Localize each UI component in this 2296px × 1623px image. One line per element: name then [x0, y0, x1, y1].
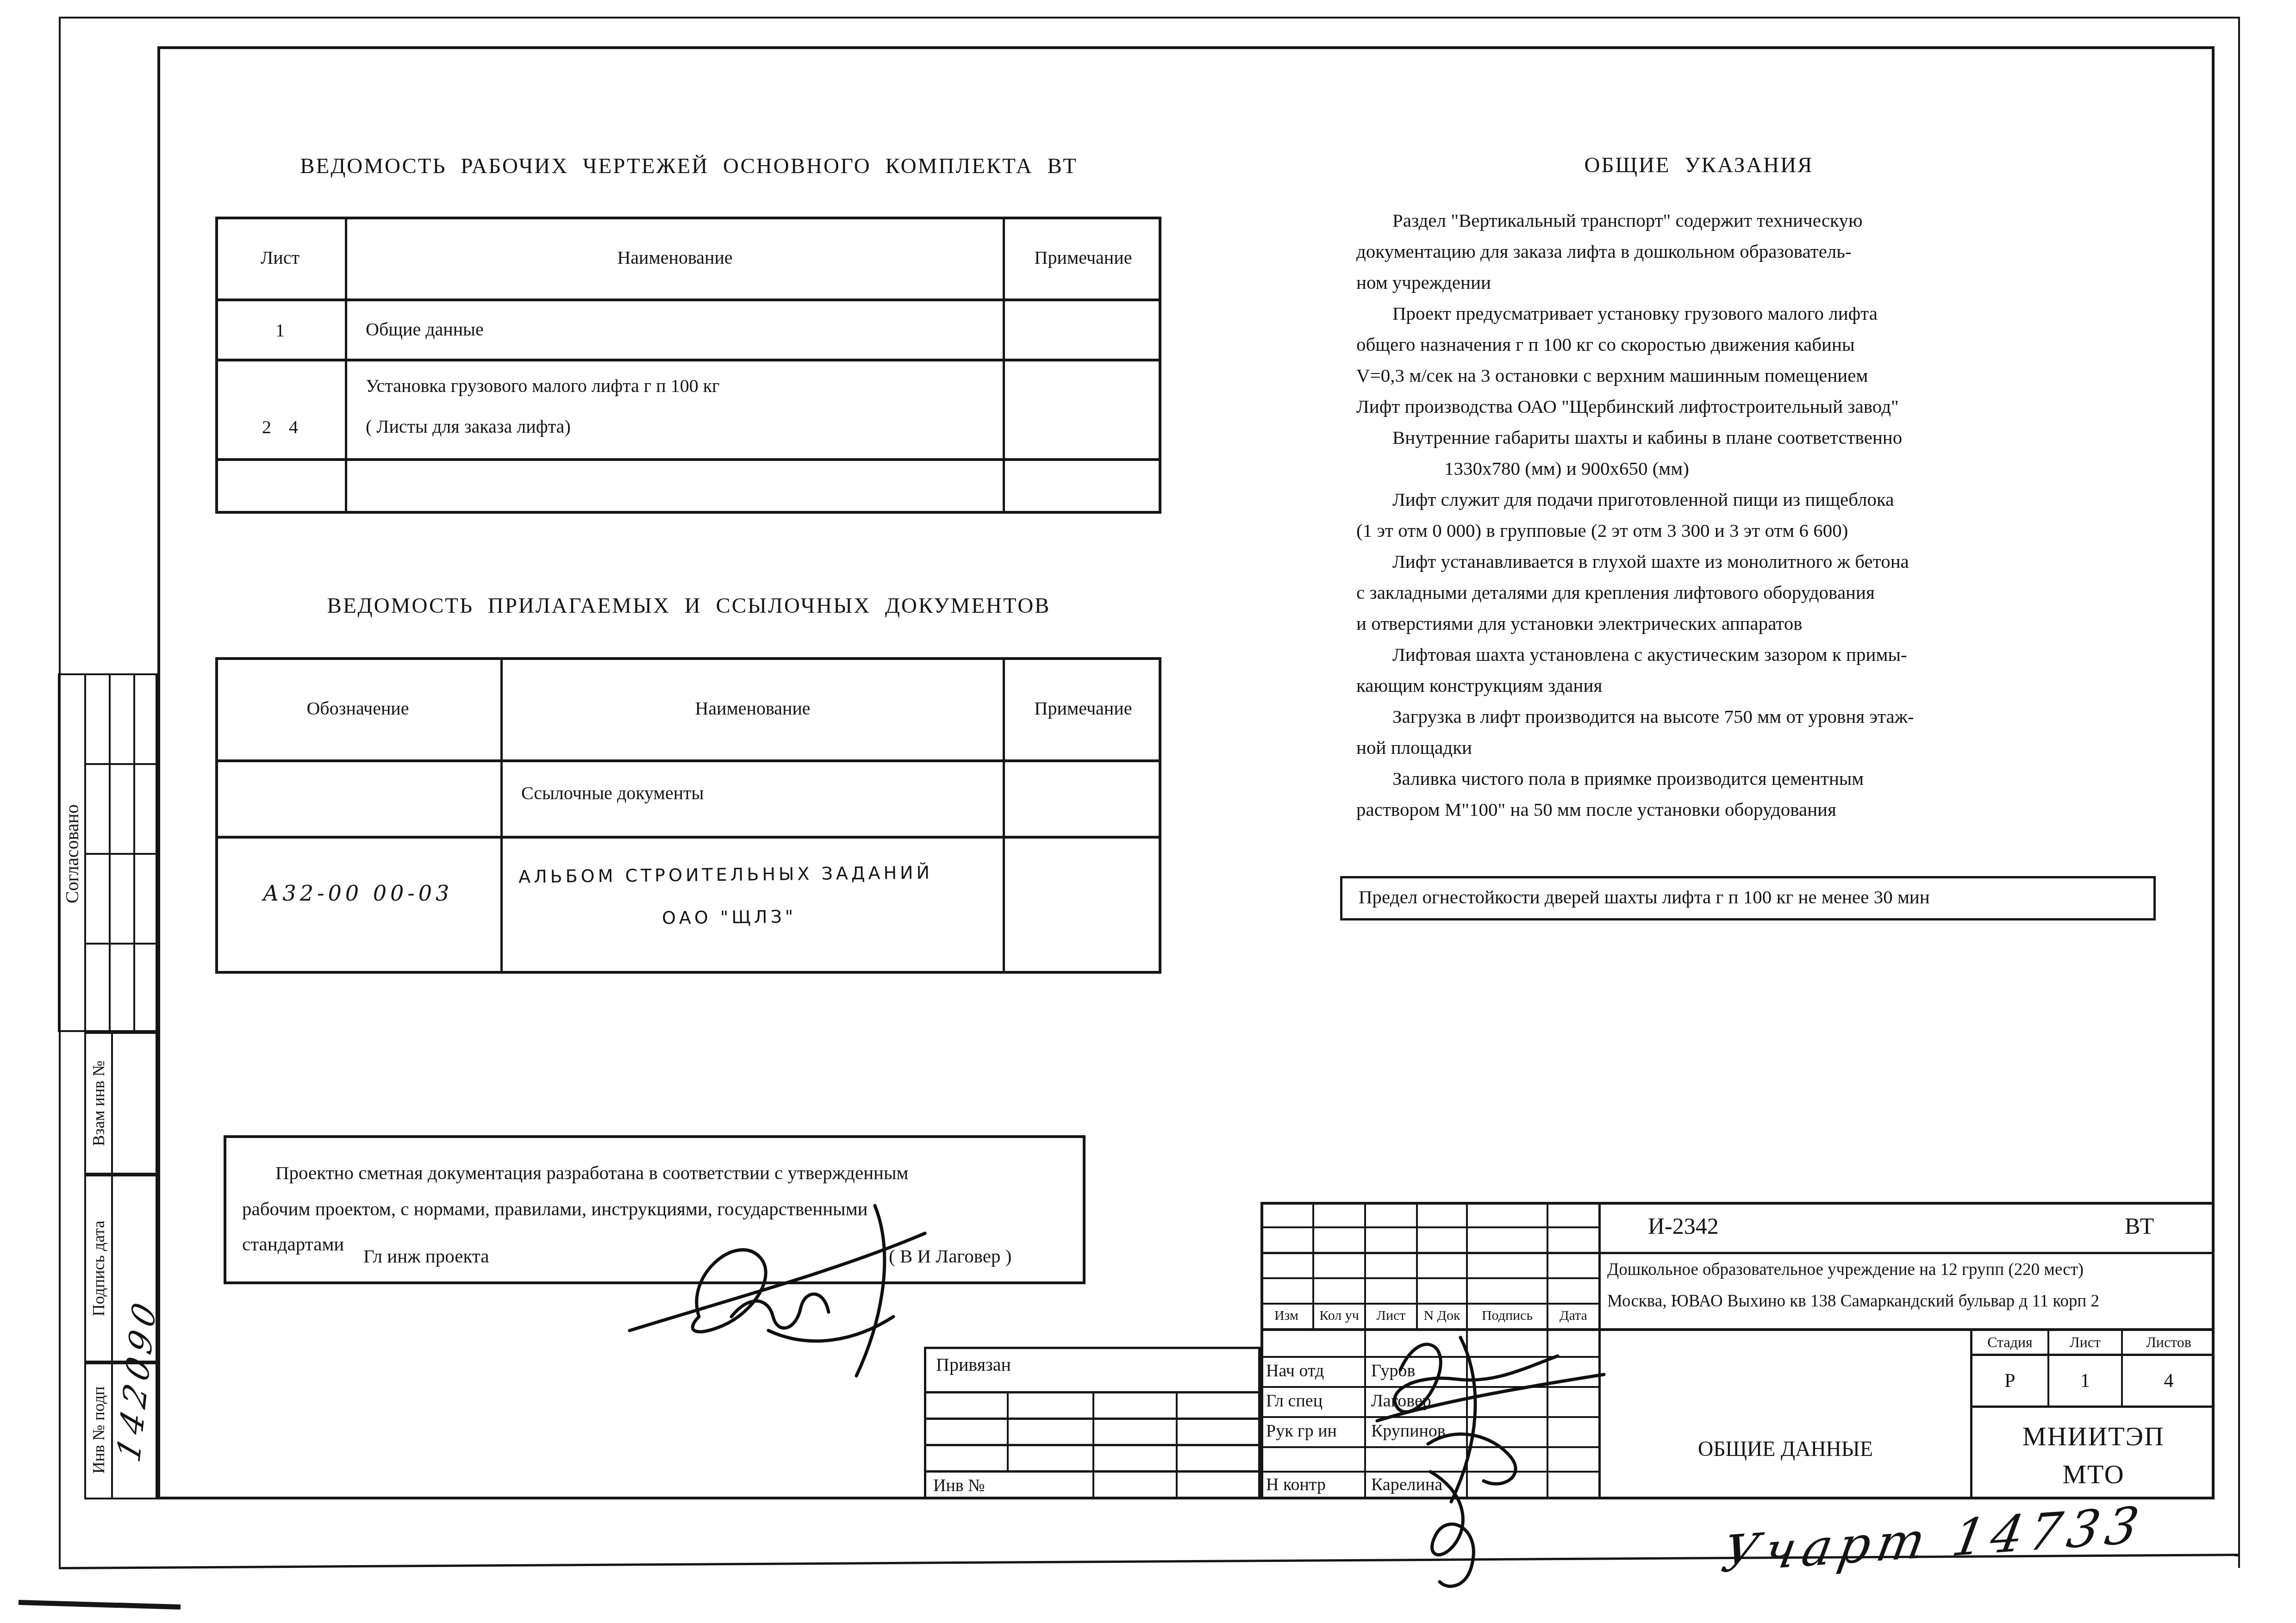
note-line: ной площадки [1356, 736, 2180, 767]
inv-podl-label: Инв № подп [89, 1387, 108, 1474]
approval-role: Гл инж проекта [363, 1245, 489, 1267]
table1-header-note: Примечание [1005, 217, 1161, 298]
stamp-header-izm: Изм [1260, 1305, 1312, 1327]
stamp-role4: Н контр [1266, 1474, 1326, 1495]
note-line: Лифтовая шахта установлена с акустически… [1356, 643, 2216, 674]
note-line: общего назначения г п 100 кг со скорость… [1356, 333, 2180, 364]
table1-title: ВЕДОМОСТЬ РАБОЧИХ ЧЕРТЕЖЕЙ ОСНОВНОГО КОМ… [217, 154, 1161, 179]
note-line: Лифт служит для подачи приготовленной пи… [1356, 488, 2216, 519]
chief-engineer-signature [616, 1178, 940, 1377]
note-line: Лифт устанавливается в глухой шахте из м… [1356, 550, 2216, 581]
table1-r2-name-line1: Установка грузового малого лифта г п 100… [366, 375, 720, 397]
table2-header-note: Примечание [1005, 657, 1161, 759]
table1-r1-sheet: 1 [215, 301, 345, 359]
attachment-inv-label: Инв № [933, 1475, 985, 1496]
general-notes-text: Раздел "Вертикальный транспорт" содержит… [1356, 209, 2190, 857]
stamp-sheets-value: 4 [2123, 1356, 2215, 1405]
table1-r2-sheet: 2 4 [215, 398, 345, 455]
table2-r2-name-line2-handwritten: ОАО "ЩЛЗ" [662, 906, 797, 928]
stamp-role2: Гл спец [1266, 1391, 1323, 1411]
stamp-sheets-header: Листов [2123, 1331, 2215, 1353]
stamp-object-line2: Москва, ЮВАО Выхино кв 138 Самаркандский… [1607, 1291, 2099, 1311]
note-line: Внутренние габариты шахты и кабины в пла… [1356, 426, 2216, 457]
note-line: и отверстиями для установки электрически… [1356, 612, 2180, 643]
archive-number-handwritten: Учарт 14733 [1717, 1496, 2149, 1584]
table1-header-sheet: Лист [215, 217, 345, 298]
drawing-sheet: Согласовано Взам инв № Подпись дата Инв … [0, 0, 2296, 1623]
scan-artifact [19, 1600, 181, 1610]
table1-header-name: Наименование [347, 217, 1003, 298]
stamp-doc-number: И-2342 [1648, 1213, 1719, 1239]
stamp-stage-header: Стадия [1972, 1331, 2047, 1353]
outer-border-right [2238, 17, 2240, 1568]
note-line: Проект предусматривает установку грузово… [1356, 302, 2216, 333]
note-line: V=0,3 м/сек на 3 остановки с верхним маш… [1356, 364, 2180, 395]
stamp-role1: Нач отд [1266, 1361, 1324, 1381]
table2-title: ВЕДОМОСТЬ ПРИЛАГАЕМЫХ И ССЫЛОЧНЫХ ДОКУМЕ… [217, 593, 1161, 618]
stamp-sheet-title: ОБЩИЕ ДАННЫЕ [1601, 1430, 1970, 1467]
note-line: (1 эт отм 0 000) в групповые (2 эт отм 3… [1356, 519, 2180, 550]
attachment-label: Привязан [936, 1354, 1011, 1375]
approval-line3: стандартами [242, 1233, 344, 1255]
stamp-org-line1: МНИИТЭП [1972, 1415, 2215, 1457]
note-line: Раздел "Вертикальный транспорт" содержит… [1356, 209, 2216, 240]
stamp-header-kol: Кол уч [1314, 1305, 1364, 1327]
agreed-label: Согласовано [61, 804, 83, 903]
stamp-sheet-value: 1 [2049, 1356, 2121, 1405]
table2-r2-sign-handwritten: А32-00 00-03 [215, 856, 500, 930]
table2-r1-name: Ссылочные документы [521, 782, 704, 804]
note-line: Загрузка в лифт производится на высоте 7… [1356, 705, 2216, 736]
note-line: Заливка чистого пола в приямке производи… [1356, 767, 2216, 798]
note-line: 1330х780 (мм) и 900х650 (мм) [1356, 457, 2268, 488]
note-line: с закладными деталями для крепления лифт… [1356, 581, 2180, 612]
stamp-stage-value: Р [1972, 1356, 2047, 1405]
podpis-data-label: Подпись дата [89, 1221, 108, 1317]
note-line: ном учреждении [1356, 271, 2180, 302]
note-line: кающим конструкциям здания [1356, 674, 2180, 705]
norm-control-signature [1393, 1458, 1532, 1592]
table1-r1-name: Общие данные [366, 318, 484, 340]
note-line: Лифт производства ОАО "Щербинский лифтос… [1356, 395, 2180, 426]
vzam-inv-label: Взам инв № [89, 1061, 108, 1146]
note-line: раствором М"100" на 50 мм после установк… [1356, 798, 2180, 829]
stamp-object-line1: Дошкольное образовательное учреждение на… [1607, 1260, 2084, 1280]
table1-r2-name-line2: ( Листы для заказа лифта) [366, 416, 571, 437]
table2-header-sign: Обозначение [215, 657, 500, 759]
general-notes-title: ОБЩИЕ УКАЗАНИЯ [1356, 153, 2041, 178]
stamp-mark: ВТ [2125, 1213, 2154, 1239]
stamp-role3: Рук гр ин [1266, 1421, 1337, 1441]
outer-border-top [59, 17, 2240, 19]
table2-header-name: Наименование [503, 657, 1003, 759]
table2-r2-name-line1-handwritten: АЛЬБОМ СТРОИТЕЛЬНЫХ ЗАДАНИЙ [518, 862, 933, 887]
note-line: документацию для заказа лифта в дошкольн… [1356, 240, 2180, 271]
stamp-org-line2: МТО [1972, 1453, 2215, 1495]
fire-note-text: Предел огнестойкости дверей шахты лифта … [1359, 886, 1930, 908]
stamp-sheet-header: Лист [2049, 1331, 2121, 1353]
